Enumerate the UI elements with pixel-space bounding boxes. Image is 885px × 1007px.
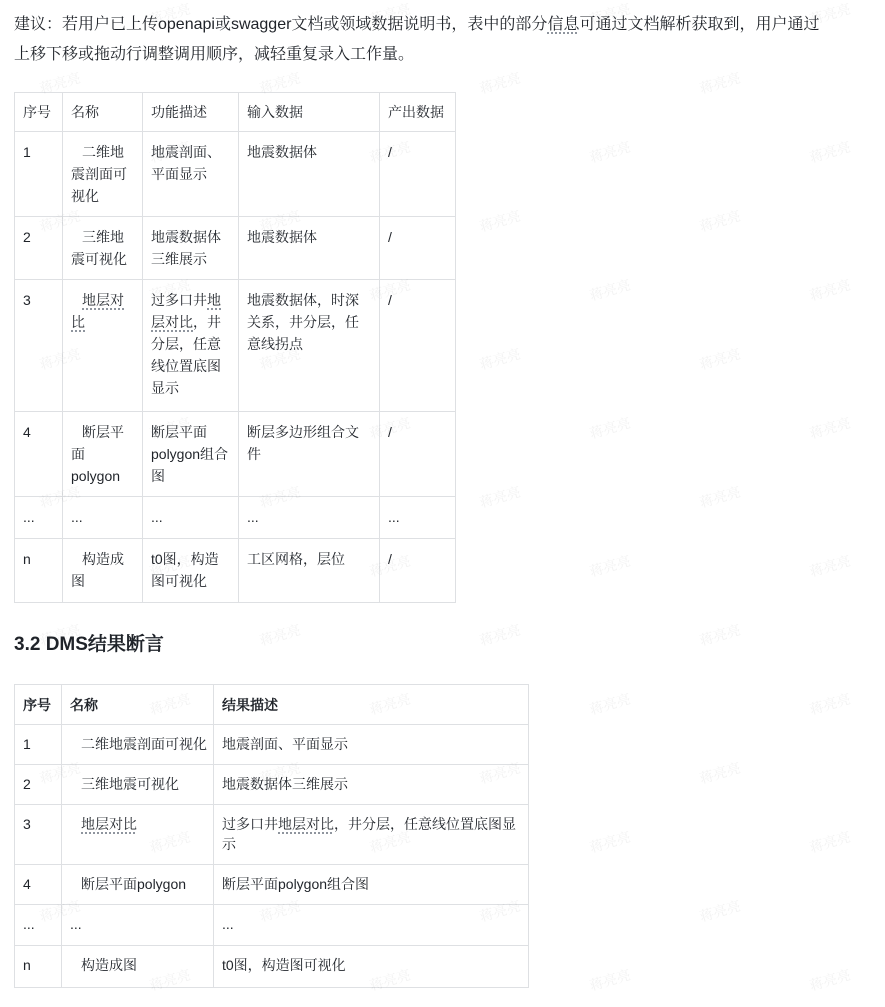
table-row: 4断层平面polygon断层平面polygon组合图 (15, 865, 529, 905)
intro-text-1: 建议：若用户已上传openapi或swagger文档或领域数据说明书，表中的部分 (14, 16, 547, 33)
cell-text: 过多口井 (222, 816, 278, 832)
cell-text: 过多口井 (151, 292, 207, 308)
table-row: n构造成图t0图，构造图可视化 (15, 946, 529, 988)
column-header: 序号 (15, 685, 62, 725)
watermark: 蒋亮亮 (587, 689, 633, 720)
function-table-body: 1二维地震剖面可视化地震剖面、平面显示地震数据体/2三维地震可视化地震数据体三维… (15, 132, 456, 603)
table-cell: 1 (15, 725, 62, 765)
watermark: 蒋亮亮 (697, 344, 743, 375)
watermark: 蒋亮亮 (587, 827, 633, 858)
table-cell: 地震剖面、平面显示 (143, 132, 239, 217)
table-cell: ... (239, 497, 380, 539)
watermark: 蒋亮亮 (697, 206, 743, 237)
table-cell: / (380, 217, 456, 280)
function-table: 序号名称功能描述输入数据产出数据 1二维地震剖面可视化地震剖面、平面显示地震数据… (14, 92, 456, 603)
watermark: 蒋亮亮 (807, 551, 853, 582)
cell-text: 断层平面polygon组合图 (151, 424, 228, 484)
table-cell: ... (15, 497, 63, 539)
watermark: 蒋亮亮 (807, 827, 853, 858)
cell-text: 地震剖面、平面显示 (151, 144, 221, 182)
column-header: 输入数据 (239, 93, 380, 132)
cell-text: 地震数据体三维展示 (222, 776, 348, 792)
table-cell: t0图，构造图可视化 (214, 946, 529, 988)
table-cell: 断层平面polygon (62, 865, 214, 905)
function-table-header-row: 序号名称功能描述输入数据产出数据 (15, 93, 456, 132)
table-cell: 工区网格，层位 (239, 539, 380, 603)
table-cell: ... (15, 905, 62, 946)
table-cell: 构造成图 (63, 539, 143, 603)
watermark: 蒋亮亮 (587, 965, 633, 996)
column-header: 名称 (62, 685, 214, 725)
table-row: 2三维地震可视化地震数据体三维展示 (15, 765, 529, 805)
table-row: ............... (15, 497, 456, 539)
watermark: 蒋亮亮 (587, 551, 633, 582)
watermark: 蒋亮亮 (807, 275, 853, 306)
cell-text: 三维地震可视化 (81, 776, 179, 792)
table-cell: 三维地震可视化 (63, 217, 143, 280)
cell-text: 构造成图 (81, 957, 137, 973)
table-row: 1二维地震剖面可视化地震剖面、平面显示 (15, 725, 529, 765)
table-row: 3地层对比过多口井地层对比，井分层，任意线位置底图显示地震数据体，时深关系，井分… (15, 280, 456, 412)
section-heading: 3.2 DMS结果断言 (14, 631, 885, 658)
result-table: 序号名称结果描述 1二维地震剖面可视化地震剖面、平面显示2三维地震可视化地震数据… (14, 684, 529, 988)
table-cell: t0图，构造图可视化 (143, 539, 239, 603)
table-cell: 地震数据体 (239, 217, 380, 280)
table-cell: 地震数据体，时深关系，井分层，任意线拐点 (239, 280, 380, 412)
table-cell: 地层对比 (62, 805, 214, 865)
table-row: ......... (15, 905, 529, 946)
cell-text: 断层平面polygon (71, 424, 124, 484)
spellcheck-marked-text: 信息 (547, 16, 579, 33)
table-cell: 4 (15, 412, 63, 497)
cell-text: t0图，构造图可视化 (151, 551, 219, 589)
table-cell: 2 (15, 765, 62, 805)
spellcheck-marked-text: 地层对比 (71, 292, 124, 330)
result-table-body: 1二维地震剖面可视化地震剖面、平面显示2三维地震可视化地震数据体三维展示3地层对… (15, 725, 529, 988)
watermark: 蒋亮亮 (697, 758, 743, 789)
table-cell: 断层平面polygon (63, 412, 143, 497)
watermark: 蒋亮亮 (697, 482, 743, 513)
table-row: 1二维地震剖面可视化地震剖面、平面显示地震数据体/ (15, 132, 456, 217)
watermark: 蒋亮亮 (807, 413, 853, 444)
table-cell: 地震数据体三维展示 (214, 765, 529, 805)
table-cell: 构造成图 (62, 946, 214, 988)
table-cell: 2 (15, 217, 63, 280)
watermark: 蒋亮亮 (807, 137, 853, 168)
table-cell: 断层平面polygon组合图 (143, 412, 239, 497)
table-cell: 3 (15, 280, 63, 412)
cell-text: t0图，构造图可视化 (222, 957, 346, 973)
cell-text: 断层平面polygon组合图 (222, 876, 369, 892)
cell-text: 构造成图 (71, 551, 124, 589)
column-header: 名称 (63, 93, 143, 132)
table-cell: 3 (15, 805, 62, 865)
cell-text: 二维地震剖面可视化 (81, 736, 207, 752)
table-cell: 地震剖面、平面显示 (214, 725, 529, 765)
intro-paragraph: 建议：若用户已上传openapi或swagger文档或领域数据说明书，表中的部分… (14, 10, 832, 70)
table-cell: 1 (15, 132, 63, 217)
watermark: 蒋亮亮 (697, 68, 743, 99)
cell-text: 三维地震可视化 (71, 229, 127, 267)
table-cell: 地震数据体 (239, 132, 380, 217)
table-cell: 地震数据体三维展示 (143, 217, 239, 280)
cell-text: 断层平面polygon (81, 876, 186, 892)
table-cell: 二维地震剖面可视化 (62, 725, 214, 765)
table-cell: / (380, 132, 456, 217)
watermark: 蒋亮亮 (587, 413, 633, 444)
table-cell: / (380, 280, 456, 412)
table-cell: 过多口井地层对比，井分层，任意线位置底图显示 (214, 805, 529, 865)
column-header: 序号 (15, 93, 63, 132)
table-cell: ... (143, 497, 239, 539)
watermark: 蒋亮亮 (807, 965, 853, 996)
table-cell: 地层对比 (63, 280, 143, 412)
spellcheck-marked-text: 地层对比 (278, 816, 334, 832)
watermark: 蒋亮亮 (477, 482, 523, 513)
table-cell: 断层平面polygon组合图 (214, 865, 529, 905)
table-cell: 4 (15, 865, 62, 905)
table-cell: / (380, 539, 456, 603)
table-cell: 断层多边形组合文件 (239, 412, 380, 497)
result-table-header-row: 序号名称结果描述 (15, 685, 529, 725)
spellcheck-marked-text: 地层对比 (81, 816, 137, 832)
document-page: 建议：若用户已上传openapi或swagger文档或领域数据说明书，表中的部分… (0, 0, 885, 1007)
cell-text: 地震剖面、平面显示 (222, 736, 348, 752)
table-cell: ... (63, 497, 143, 539)
table-cell: 二维地震剖面可视化 (63, 132, 143, 217)
table-cell: n (15, 946, 62, 988)
column-header: 结果描述 (214, 685, 529, 725)
column-header: 产出数据 (380, 93, 456, 132)
watermark: 蒋亮亮 (807, 689, 853, 720)
table-row: n构造成图t0图，构造图可视化工区网格，层位/ (15, 539, 456, 603)
table-row: 4断层平面polygon断层平面polygon组合图断层多边形组合文件/ (15, 412, 456, 497)
table-cell: 过多口井地层对比，井分层，任意线位置底图显示 (143, 280, 239, 412)
watermark: 蒋亮亮 (477, 206, 523, 237)
table-cell: ... (380, 497, 456, 539)
watermark: 蒋亮亮 (477, 344, 523, 375)
table-cell: ... (62, 905, 214, 946)
cell-text: 地震数据体三维展示 (151, 229, 221, 267)
column-header: 功能描述 (143, 93, 239, 132)
table-cell: n (15, 539, 63, 603)
watermark: 蒋亮亮 (697, 896, 743, 927)
watermark: 蒋亮亮 (587, 137, 633, 168)
watermark: 蒋亮亮 (477, 68, 523, 99)
table-cell: / (380, 412, 456, 497)
table-cell: ... (214, 905, 529, 946)
table-row: 2三维地震可视化地震数据体三维展示地震数据体/ (15, 217, 456, 280)
cell-text: 二维地震剖面可视化 (71, 144, 127, 204)
table-cell: 三维地震可视化 (62, 765, 214, 805)
table-row: 3地层对比过多口井地层对比，井分层，任意线位置底图显示 (15, 805, 529, 865)
watermark: 蒋亮亮 (587, 275, 633, 306)
